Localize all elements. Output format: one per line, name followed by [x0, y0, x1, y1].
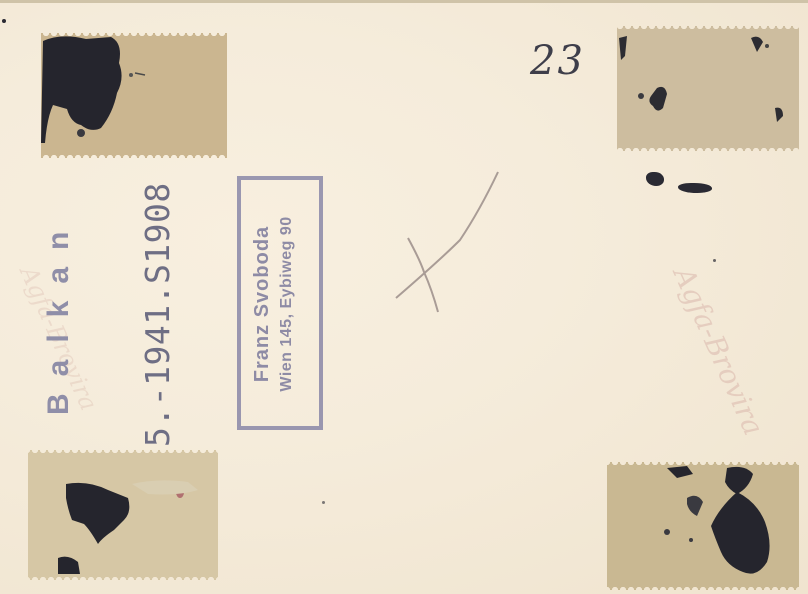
photographer-stamp: Franz Svoboda Wien 145, Eybiweg 90 — [237, 176, 323, 430]
speck — [2, 19, 6, 23]
stamp-address: Wien 145, Eybiweg 90 — [278, 188, 296, 420]
stamp-hinge-bottom-left — [28, 450, 218, 580]
scan-edge — [0, 0, 808, 3]
ink-residue-icon — [28, 450, 218, 580]
stamp-hinge-bottom-right — [607, 462, 799, 590]
pencil-x-mark-icon — [380, 160, 520, 330]
handwritten-number: 23 — [530, 38, 585, 84]
catalog-code: 5.-1941.S1908 — [138, 182, 177, 447]
ink-residue-icon — [607, 462, 799, 590]
ink-blot — [646, 172, 664, 186]
ink-blot — [678, 183, 712, 193]
stamp-name: Franz Svoboda — [251, 188, 274, 420]
speck — [713, 259, 716, 262]
stamp-hinge-top-left — [41, 33, 227, 158]
stamp-hinge-top-right — [617, 26, 799, 151]
photo-back: Agfa-Brovira Agfa-Brovira — [0, 0, 808, 594]
ink-residue-icon — [617, 26, 799, 151]
brand-imprint-right: Agfa-Brovira — [667, 262, 770, 440]
caption-label: Balkan — [42, 215, 76, 415]
speck — [322, 501, 325, 504]
ink-residue-icon — [41, 33, 227, 158]
